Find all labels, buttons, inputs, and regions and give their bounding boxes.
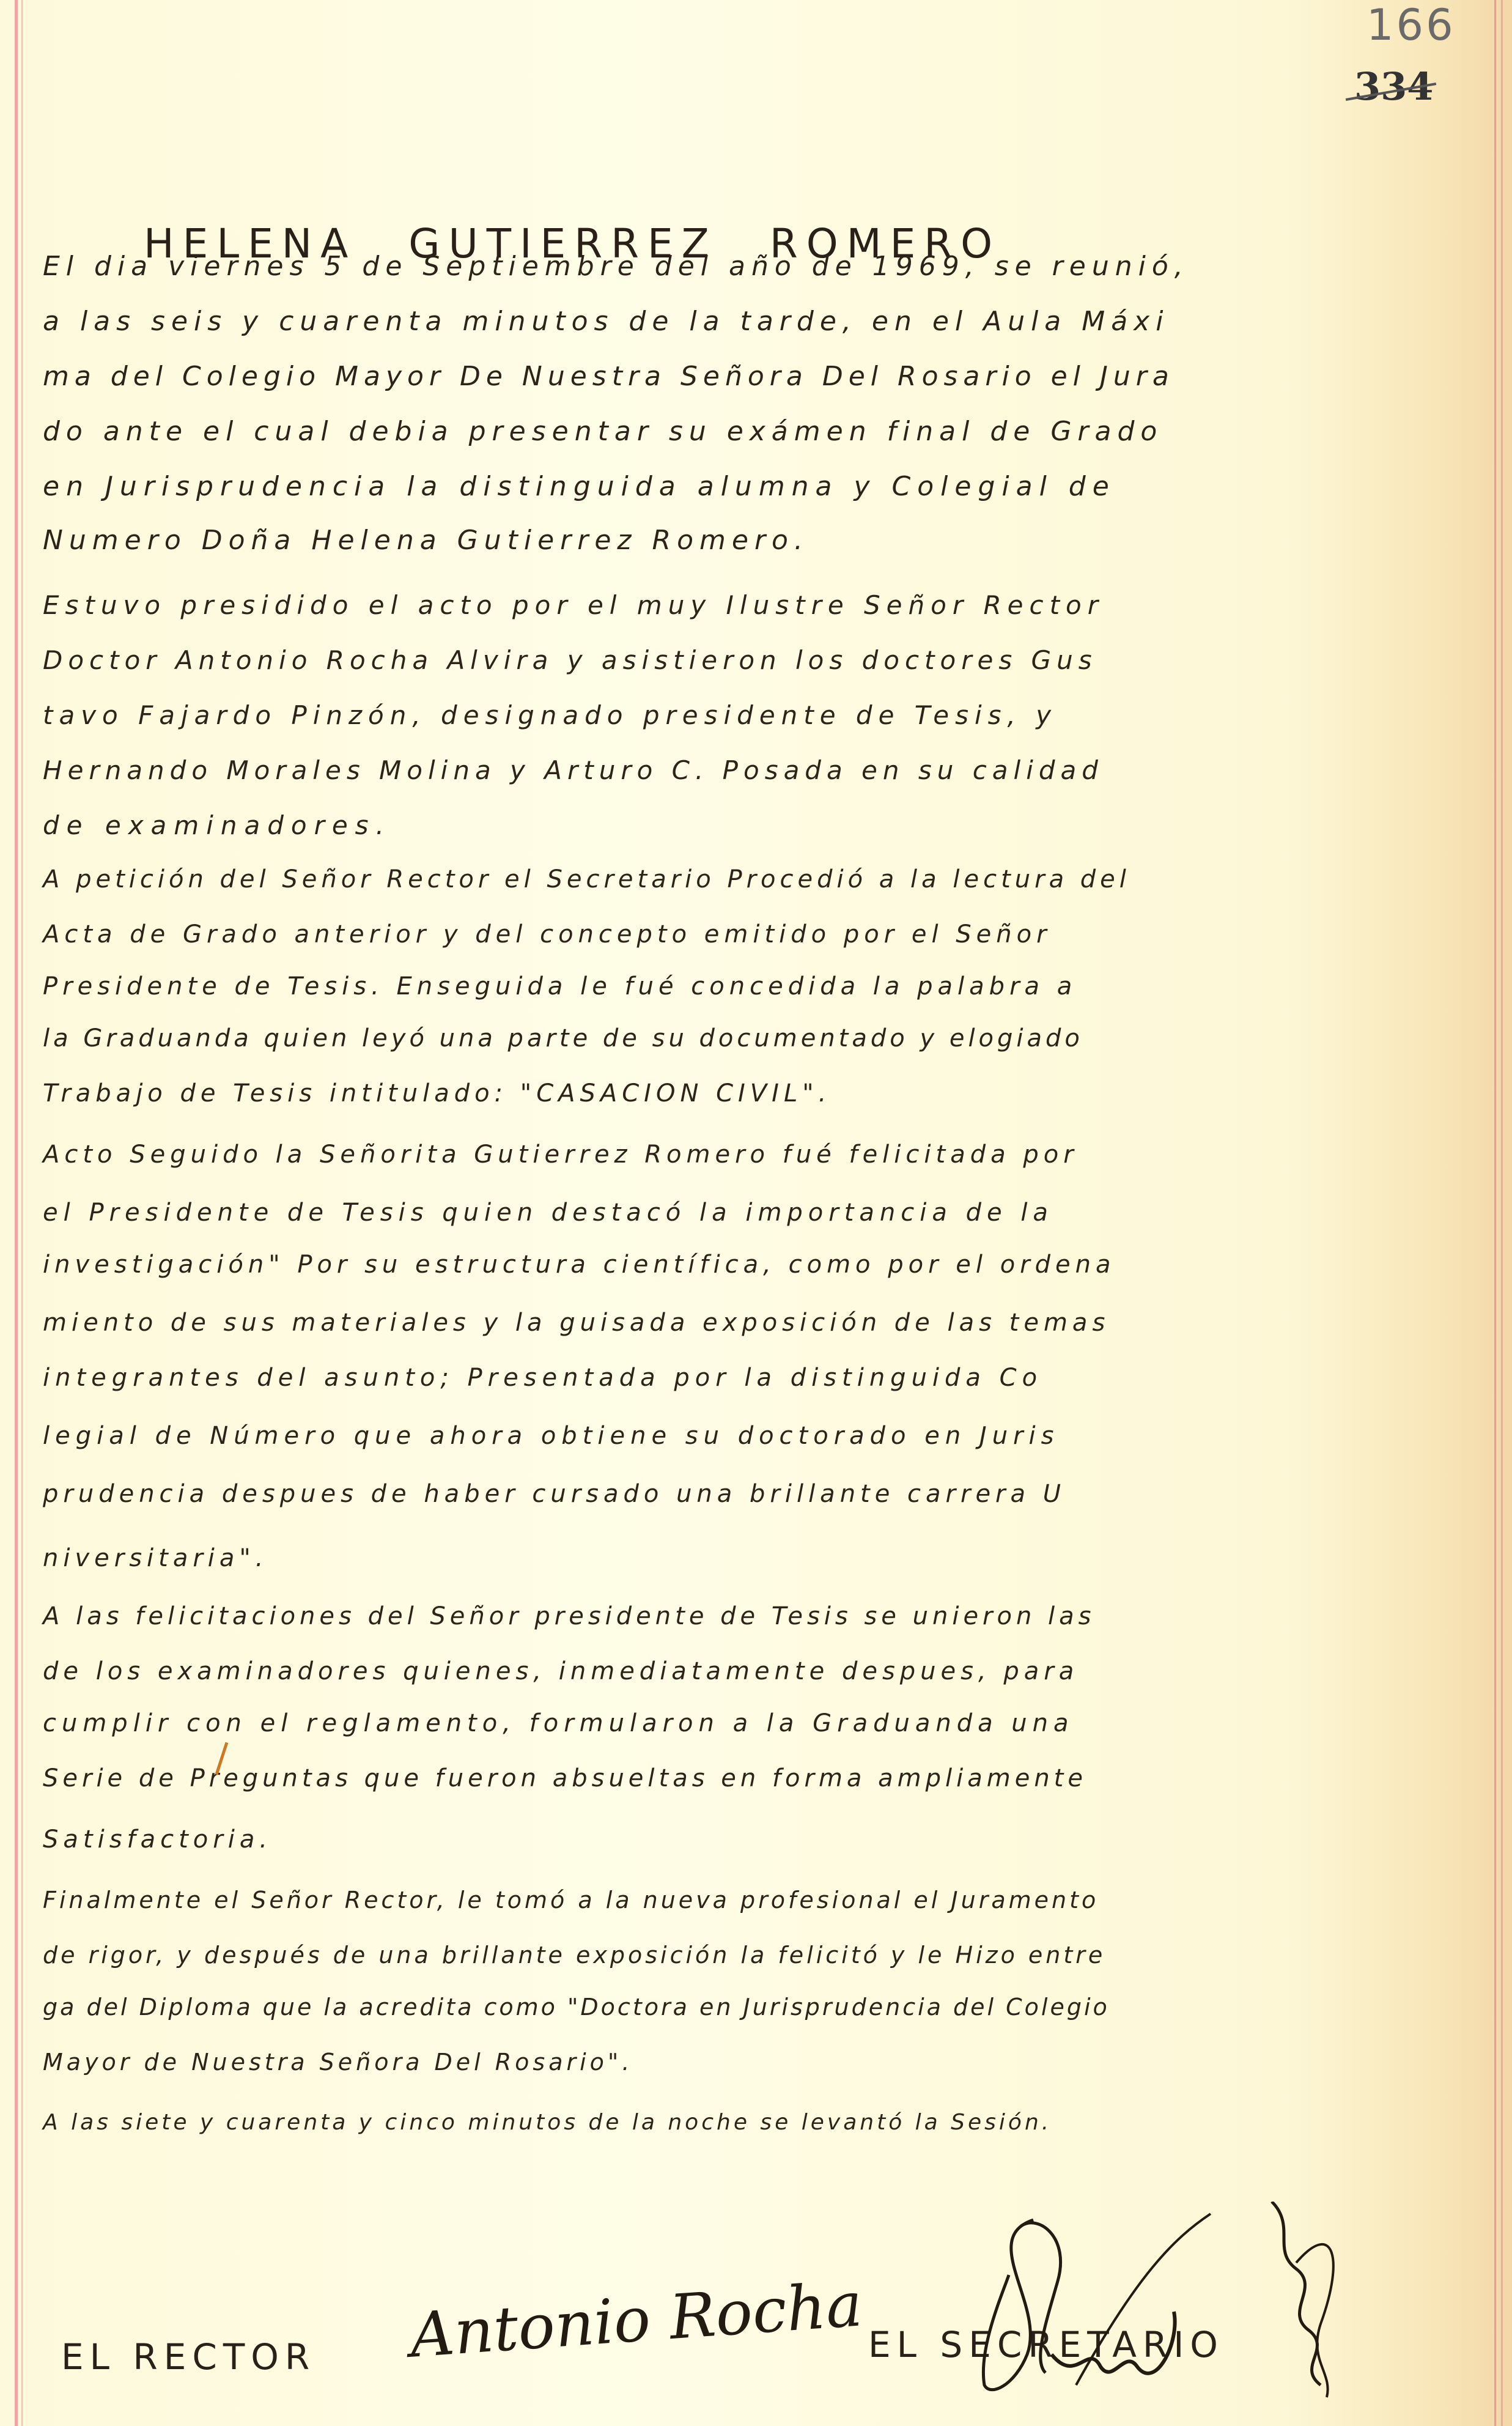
text-line: prudencia despues de haber cursado una b…: [43, 1480, 1066, 1508]
text-line: ma del Colegio Mayor De Nuestra Señora D…: [43, 361, 1175, 392]
text-line: el Presidente de Tesis quien destacó la …: [43, 1199, 1053, 1227]
text-line: ga del Diploma que la acredita como "Doc…: [43, 1994, 1110, 2021]
rector-label: EL RECTOR: [61, 2336, 315, 2378]
text-line: Mayor de Nuestra Señora Del Rosario".: [43, 2049, 633, 2076]
text-line: miento de sus materiales y la guisada ex…: [43, 1309, 1110, 1337]
text-line: niversitaria".: [43, 1544, 268, 1572]
document-page: 166 334 HELENA GUTIERREZ ROMERO El dia v…: [0, 0, 1512, 2426]
text-line: de los examinadores quienes, inmediatame…: [43, 1657, 1079, 1685]
text-line: la Graduanda quien leyó una parte de su …: [43, 1024, 1083, 1052]
text-line: Hernando Morales Molina y Arturo C. Posa…: [43, 755, 1104, 785]
text-line: integrantes del asunto; Presentada por l…: [43, 1364, 1042, 1392]
text-line: do ante el cual debia presentar su exáme…: [43, 416, 1163, 447]
text-line: Finalmente el Señor Rector, le tomó a la…: [43, 1887, 1099, 1914]
text-line: Acta de Grado anterior y del concepto em…: [43, 920, 1052, 949]
text-line: de rigor, y después de una brillante exp…: [43, 1942, 1105, 1969]
text-line: Serie de Preguntas que fueron absueltas …: [43, 1764, 1087, 1792]
text-line: Satisfactoria.: [43, 1825, 272, 1854]
text-line: A petición del Señor Rector el Secretari…: [43, 865, 1130, 893]
text-line: a las seis y cuarenta minutos de la tard…: [43, 306, 1169, 337]
rector-signature: Antonio Rocha: [408, 2268, 865, 2371]
text-line: Doctor Antonio Rocha Alvira y asistieron…: [43, 645, 1097, 675]
right-page-edge: [1494, 0, 1496, 2426]
secretary-signature: [954, 2202, 1455, 2403]
text-line: tavo Fajardo Pinzón, designado president…: [43, 700, 1057, 730]
text-line: investigación" Por su estructura científ…: [43, 1251, 1115, 1279]
text-line: Estuvo presidido el acto por el muy Ilus…: [43, 590, 1104, 620]
text-line: A las siete y cuarenta y cinco minutos d…: [43, 2110, 1052, 2135]
folio-number: 166: [1366, 0, 1456, 50]
text-line: Numero Doña Helena Gutierrez Romero.: [43, 525, 809, 556]
text-line: en Jurisprudencia la distinguida alumna …: [43, 471, 1116, 502]
left-margin-rule: [15, 0, 18, 2426]
text-line: Trabajo de Tesis intitulado: "CASACION C…: [43, 1079, 831, 1108]
text-line: A las felicitaciones del Señor president…: [43, 1602, 1096, 1630]
text-line: de examinadores.: [43, 810, 391, 840]
text-line: legial de Número que ahora obtiene su do…: [43, 1422, 1059, 1450]
text-line: Acto Seguido la Señorita Gutierrez Romer…: [43, 1141, 1079, 1169]
text-line: Presidente de Tesis. Enseguida le fué co…: [43, 972, 1077, 1000]
text-line: El dia viernes 5 de Septiembre del año d…: [43, 251, 1189, 282]
text-line: cumplir con el reglamento, formularon a …: [43, 1709, 1074, 1737]
right-page-edge-secondary: [1501, 0, 1503, 2426]
left-margin-rule-secondary: [21, 0, 23, 2426]
